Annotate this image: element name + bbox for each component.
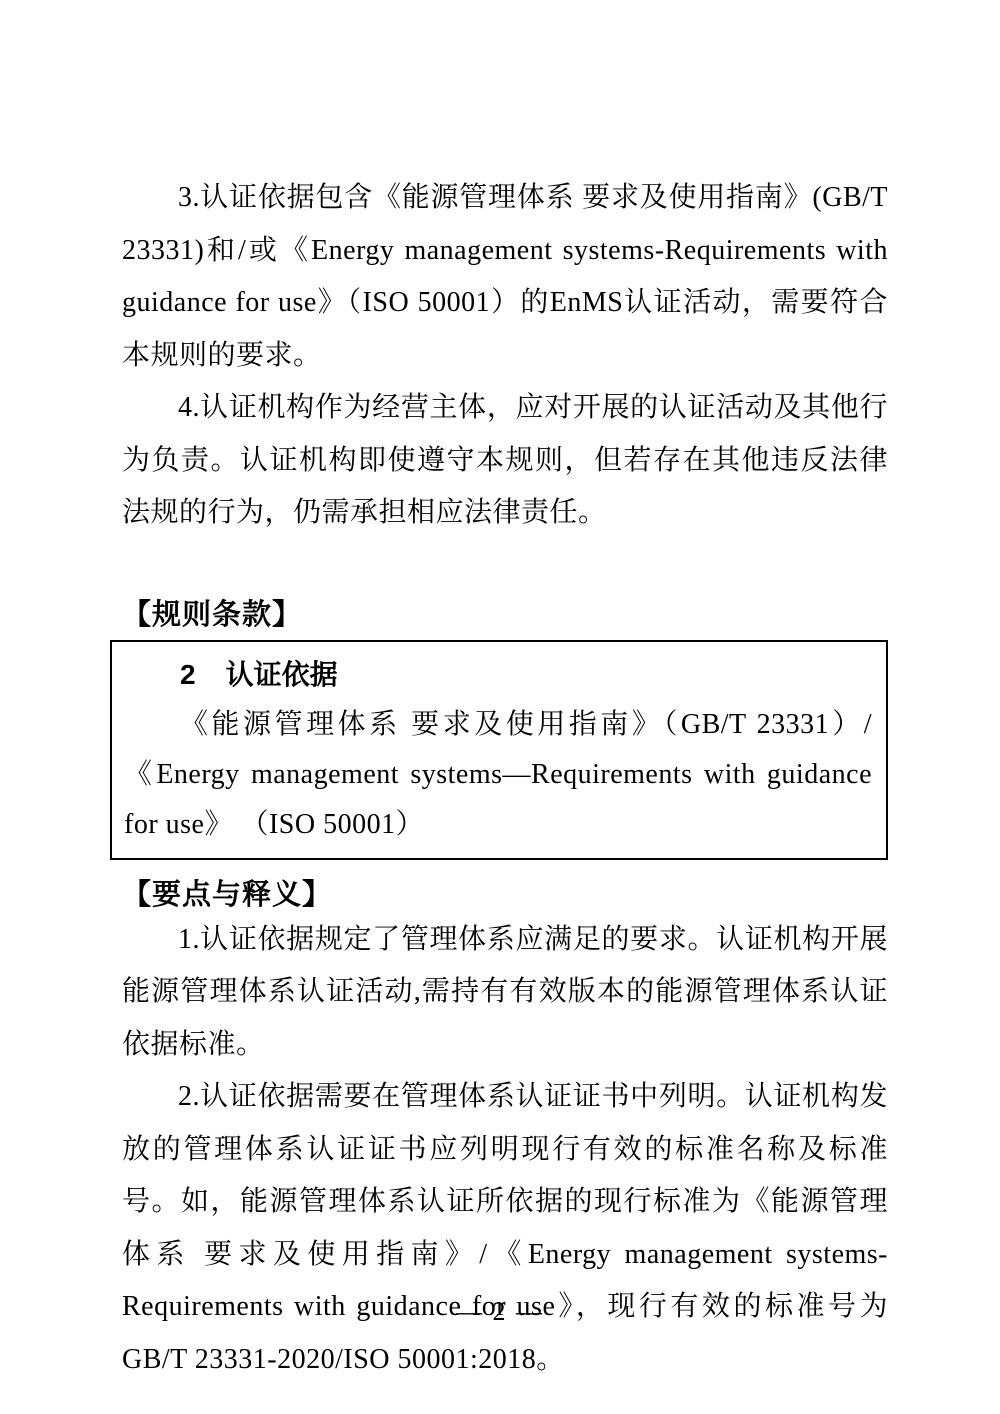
clause-title: 认证依据	[226, 659, 338, 690]
rule-clause-box: 2认证依据 《能源管理体系 要求及使用指南》（GB/T 23331）/《Ener…	[110, 640, 888, 860]
rule-clause-heading: 【规则条款】	[122, 596, 888, 634]
page-number: — 2 —	[0, 1295, 1000, 1329]
clause-title-line: 2认证依据	[124, 650, 872, 700]
clause-body-text: 《能源管理体系 要求及使用指南》（GB/T 23331）/《Energy man…	[124, 700, 872, 850]
note-2: 2.认证依据需要在管理体系认证证书中列明。认证机构发放的管理体系认证证书应列明现…	[122, 1071, 888, 1386]
paragraph-3: 3.认证依据包含《能源管理体系 要求及使用指南》(GB/T 23331)和/或《…	[122, 172, 888, 382]
notes-heading: 【要点与释义】	[122, 876, 888, 914]
document-page: 3.认证依据包含《能源管理体系 要求及使用指南》(GB/T 23331)和/或《…	[0, 0, 1000, 1414]
clause-number: 2	[180, 659, 196, 690]
note-1: 1.认证依据规定了管理体系应满足的要求。认证机构开展能源管理体系认证活动,需持有…	[122, 914, 888, 1072]
page-content: 3.认证依据包含《能源管理体系 要求及使用指南》(GB/T 23331)和/或《…	[122, 172, 888, 1386]
paragraph-4: 4.认证机构作为经营主体，应对开展的认证活动及其他行为负责。认证机构即使遵守本规…	[122, 382, 888, 540]
